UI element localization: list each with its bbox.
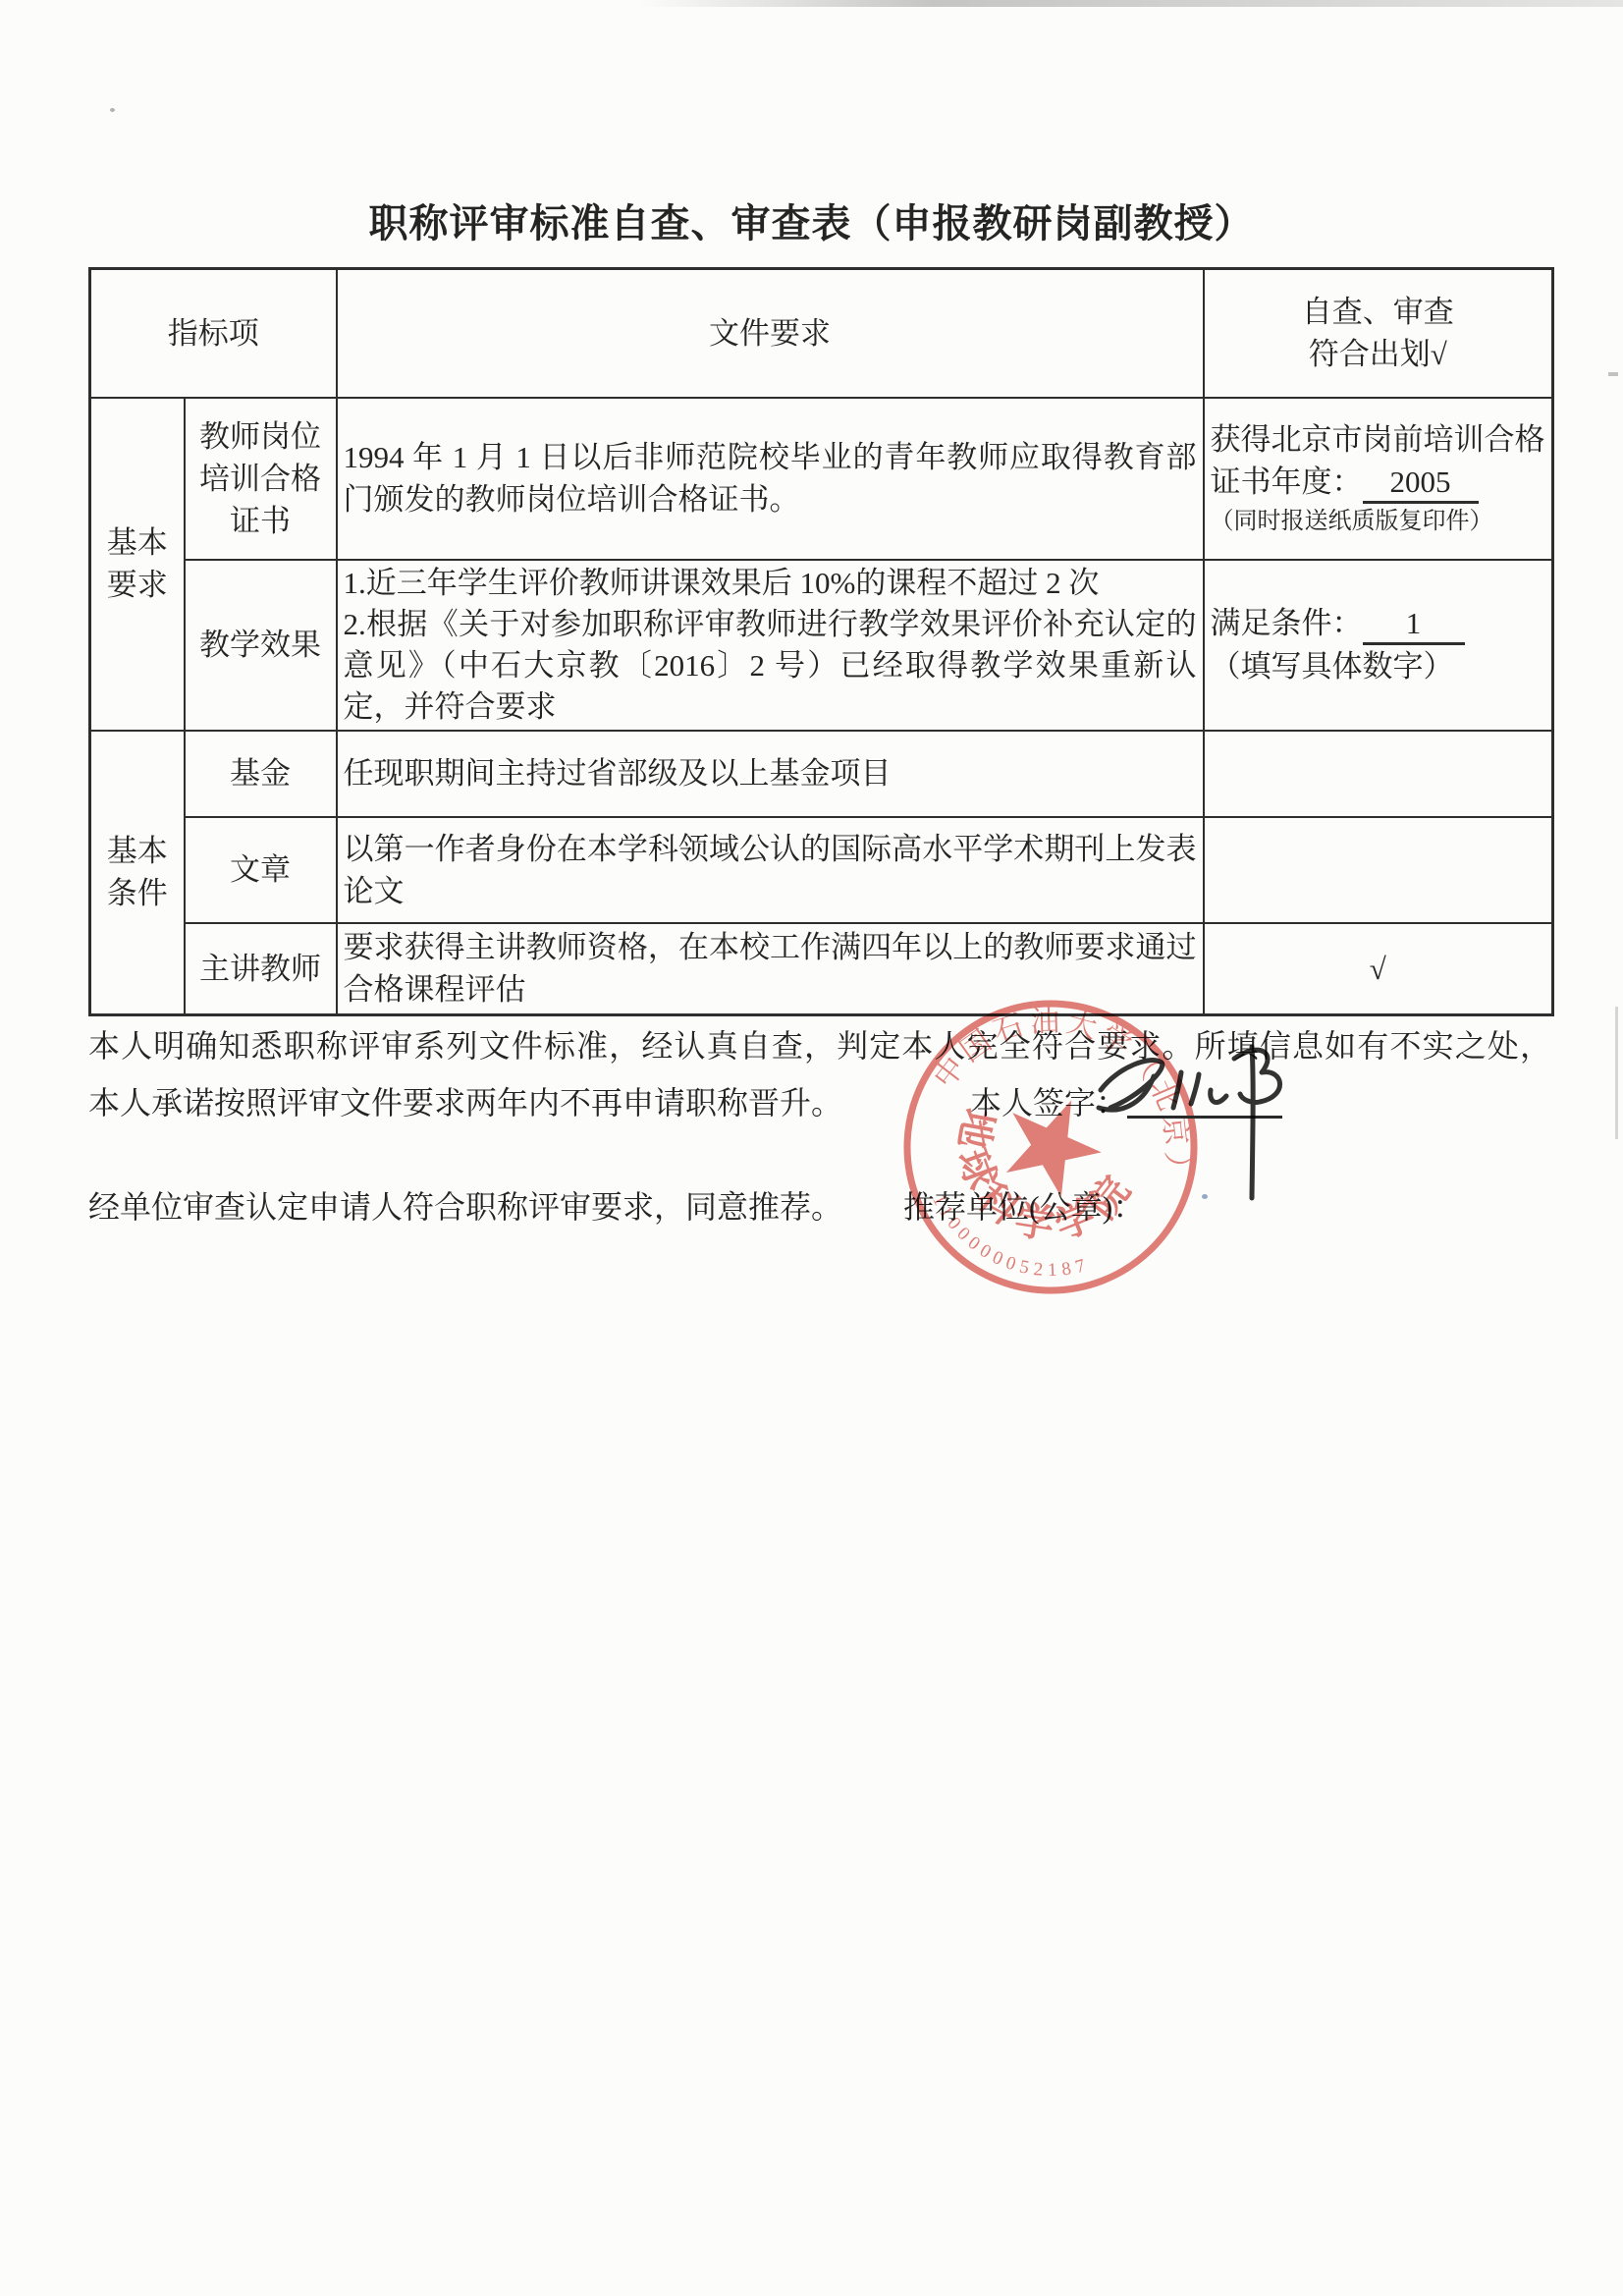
recommendation-statement: 经单位审查认定申请人符合职称评审要求，同意推荐。: [88, 1186, 842, 1228]
check-cert-main: 获得北京市岗前培训合格证书年度：2005: [1211, 418, 1546, 504]
scan-artifact-dash: [1608, 372, 1618, 376]
scan-artifact-dot: [110, 108, 115, 112]
check-teaching-value: 1: [1363, 605, 1465, 645]
check-paper-cell: [1204, 817, 1553, 923]
req-paper-text: 以第一作者身份在本学科领域公认的国际高水平学术期刊上发表论文: [337, 817, 1204, 923]
handwritten-signature: [1095, 1039, 1306, 1208]
declaration-line2: 本人承诺按照评审文件要求两年内不再申请职称晋升。: [88, 1082, 842, 1123]
item-fund-label: 基金: [185, 731, 337, 817]
group-label-line: 基本: [97, 521, 178, 564]
group-basic-conditions: 基本 条件: [90, 731, 185, 1015]
check-cert-note: （同时报送纸质版复印件）: [1211, 504, 1546, 539]
check-cert-value: 2005: [1363, 464, 1479, 504]
group-basic-requirements: 基本 要求: [90, 398, 185, 731]
item-teaching-label: 教学效果: [185, 560, 337, 731]
check-teaching-note: （填写具体数字）: [1211, 645, 1546, 688]
check-fund-cell: [1204, 731, 1553, 817]
declaration-line1: 本人明确知悉职称评审系列文件标准，经认真自查，判定本人完全符合要求。所填信息如有…: [88, 1025, 1551, 1066]
check-cert-cell: 获得北京市岗前培训合格证书年度：2005 （同时报送纸质版复印件）: [1204, 398, 1553, 560]
table-row-paper: 文章 以第一作者身份在本学科领域公认的国际高水平学术期刊上发表论文: [90, 817, 1553, 923]
group-label-line: 条件: [97, 872, 178, 914]
req-cert-text: 1994 年 1 月 1 日以后非师范院校毕业的青年教师应取得教育部门颁发的教师…: [337, 398, 1204, 560]
table-row-fund: 基本 条件 基金 任现职期间主持过省部级及以上基金项目: [90, 731, 1553, 817]
check-teaching-main: 满足条件：1: [1211, 602, 1546, 645]
check-teaching-cell: 满足条件：1 （填写具体数字）: [1204, 560, 1553, 731]
group-label-line: 要求: [97, 564, 178, 606]
req-teaching-line1: 1.近三年学生评价教师讲课效果后 10%的课程不超过 2 次: [344, 563, 1197, 604]
item-lecturer-label: 主讲教师: [185, 923, 337, 1015]
col-header-check-line1: 自查、审查: [1211, 291, 1546, 333]
check-lecturer-mark: √: [1204, 923, 1553, 1015]
req-teaching-text: 1.近三年学生评价教师讲课效果后 10%的课程不超过 2 次 2.根据《关于对参…: [337, 560, 1204, 731]
group-label-line: 基本: [97, 830, 178, 872]
table-row-lecturer: 主讲教师 要求获得主讲教师资格，在本校工作满四年以上的教师要求通过合格课程评估 …: [90, 923, 1553, 1015]
col-header-check: 自查、审查 符合出划√: [1204, 269, 1553, 398]
check-teaching-prefix: 满足条件：: [1211, 606, 1363, 640]
table-header-row: 指标项 文件要求 自查、审查 符合出划√: [90, 269, 1553, 398]
table-row-cert: 基本 要求 教师岗位培训合格证书 1994 年 1 月 1 日以后非师范院校毕业…: [90, 398, 1553, 560]
review-table: 指标项 文件要求 自查、审查 符合出划√ 基本 要求 教师岗位培训合格证书 19…: [88, 267, 1554, 1016]
req-fund-text: 任现职期间主持过省部级及以上基金项目: [337, 731, 1204, 817]
col-header-indicator: 指标项: [90, 269, 337, 398]
table-row-teaching: 教学效果 1.近三年学生评价教师讲课效果后 10%的课程不超过 2 次 2.根据…: [90, 560, 1553, 731]
item-paper-label: 文章: [185, 817, 337, 923]
scan-artifact-edge: [1615, 1007, 1618, 1139]
col-header-requirement: 文件要求: [337, 269, 1204, 398]
item-cert-label: 教师岗位培训合格证书: [185, 398, 337, 560]
req-teaching-line2: 2.根据《关于对参加职称评审教师进行教学效果评价补充认定的意见》（中石大京教〔2…: [344, 604, 1197, 728]
page-title: 职称评审标准自查、审查表（申报教研岗副教授）: [0, 192, 1623, 248]
document-page: 职称评审标准自查、审查表（申报教研岗副教授） 指标项 文件要求 自查、审查 符合…: [0, 0, 1623, 2296]
col-header-check-line2: 符合出划√: [1211, 333, 1546, 375]
scan-artifact-top: [638, 0, 1623, 7]
